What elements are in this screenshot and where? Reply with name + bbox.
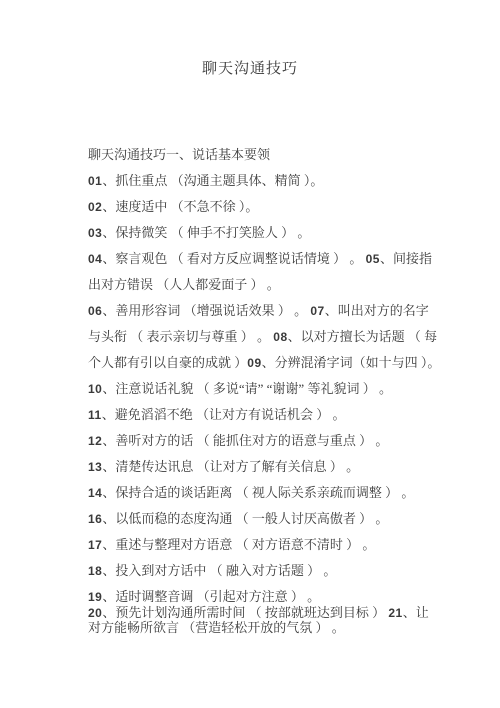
document-body: 聊天沟通技巧一、说话基本要领01、抓住重点 （沟通主题具体、精简 ）。02、速度… [88,142,468,635]
item-number: 18 [88,564,102,578]
line-text: 、善听对方的话 （ 能抓住对方的语意与重点 ） 。 [102,433,388,448]
document-page: 聊天沟通技巧 聊天沟通技巧一、说话基本要领01、抓住重点 （沟通主题具体、精简 … [0,0,500,708]
item-number: 12 [88,434,102,448]
line-text: 、重述与整理对方语意 （ 对方语意不清时 ） 。 [102,537,375,552]
line-text: 、预先计划沟通所需时间 （ 按部就班达到目标 ） [102,605,388,620]
line-text: 、间接指 [380,251,432,266]
line-text: 与头衔 （ 表示亲切与尊重 ） 。 [88,329,273,344]
line-text: 、察言观色 （ 看对方反应调整说话情境 ） 。 [102,251,365,266]
document-title: 聊天沟通技巧 [0,56,500,82]
item-number: 14 [88,486,102,500]
text-line: 13、清楚传达讯息 （让对方了解有关信息 ） 。 [88,454,468,480]
text-line: 04、察言观色 （ 看对方反应调整说话情境 ） 。 05、间接指 [88,246,468,272]
text-line: 出对方错误 （人人都爱面子 ） 。 [88,272,468,298]
item-number: 17 [88,538,102,552]
item-number: 01 [88,174,102,188]
text-line: 20、预先计划沟通所需时间 （ 按部就班达到目标 ） 21、让 [88,605,468,620]
line-text: 、让 [403,605,429,620]
text-line: 个人都有引以自豪的成就 ）09、分辨混淆字词（如十与四 ）。 [88,350,468,376]
text-line: 聊天沟通技巧一、说话基本要领 [88,142,468,168]
text-line: 对方能畅所欲言 （营造轻松开放的气氛 ） 。 [88,620,468,635]
item-number: 19 [88,590,102,604]
line-text: 、保持合适的谈话距离 （ 视人际关系亲疏而调整 ） 。 [102,485,414,500]
text-line: 11、避免滔滔不绝 （让对方有说话机会 ） 。 [88,402,468,428]
item-number: 10 [88,382,102,396]
item-number: 02 [88,200,102,214]
line-text: 、抓住重点 （沟通主题具体、精简 ）。 [102,173,323,188]
text-line: 03、保持微笑 （ 伸手不打笑脸人 ） 。 [88,220,468,246]
text-line: 14、保持合适的谈话距离 （ 视人际关系亲疏而调整 ） 。 [88,480,468,506]
line-text: 、分辨混淆字词（如十与四 ）。 [262,355,441,370]
line-text: 、清楚传达讯息 （让对方了解有关信息 ） 。 [102,459,359,474]
item-number: 07 [310,304,324,318]
line-text: 、投入到对方话中 （ 融入对方话题 ） 。 [102,563,336,578]
text-line: 18、投入到对方话中 （ 融入对方话题 ） 。 [88,558,468,584]
item-number: 05 [366,252,380,266]
item-number: 08 [273,330,287,344]
text-line: 17、重述与整理对方语意 （ 对方语意不清时 ） 。 [88,532,468,558]
text-line: 16、以低而稳的态度沟通 （ 一般人讨厌高傲者 ） 。 [88,506,468,532]
item-number: 09 [247,356,261,370]
line-text: 、注意说话礼貌 （ 多说“请” “谢谢” 等礼貌词 ） 。 [102,381,392,396]
line-text: 、速度适中 （不急不徐 ）。 [102,199,258,214]
line-text: 对方能畅所欲言 （营造轻松开放的气氛 ） 。 [88,620,345,635]
text-line: 06、善用形容词 （增强说话效果 ） 。 07、叫出对方的名字 [88,298,468,324]
item-number: 03 [88,226,102,240]
line-text: 、以低而稳的态度沟通 （ 一般人讨厌高傲者 ） 。 [102,511,388,526]
item-number: 04 [88,252,102,266]
item-number: 11 [88,408,102,422]
line-text: 个人都有引以自豪的成就 ） [88,355,247,370]
line-text: 、适时调整音调 （引起对方注意 ） 。 [102,589,320,604]
line-text: 聊天沟通技巧一、说话基本要领 [88,147,270,162]
item-number: 20 [88,606,102,620]
line-text: 、保持微笑 （ 伸手不打笑脸人 ） 。 [102,225,310,240]
text-line: 02、速度适中 （不急不徐 ）。 [88,194,468,220]
text-line: 01、抓住重点 （沟通主题具体、精简 ）。 [88,168,468,194]
line-text: 、善用形容词 （增强说话效果 ） 。 [102,303,310,318]
line-text: 、叫出对方的名字 [325,303,429,318]
text-line: 10、注意说话礼貌 （ 多说“请” “谢谢” 等礼貌词 ） 。 [88,376,468,402]
item-number: 16 [88,512,102,526]
item-number: 21 [388,606,402,620]
line-text: 、以对方擅长为话题 （ 每 [288,329,438,344]
text-line: 与头衔 （ 表示亲切与尊重 ） 。 08、以对方擅长为话题 （ 每 [88,324,468,350]
item-number: 06 [88,304,102,318]
line-text: 出对方错误 （人人都爱面子 ） 。 [88,277,280,292]
text-line: 12、善听对方的话 （ 能抓住对方的语意与重点 ） 。 [88,428,468,454]
line-text: 、避免滔滔不绝 （让对方有说话机会 ） 。 [102,407,346,422]
item-number: 13 [88,460,102,474]
